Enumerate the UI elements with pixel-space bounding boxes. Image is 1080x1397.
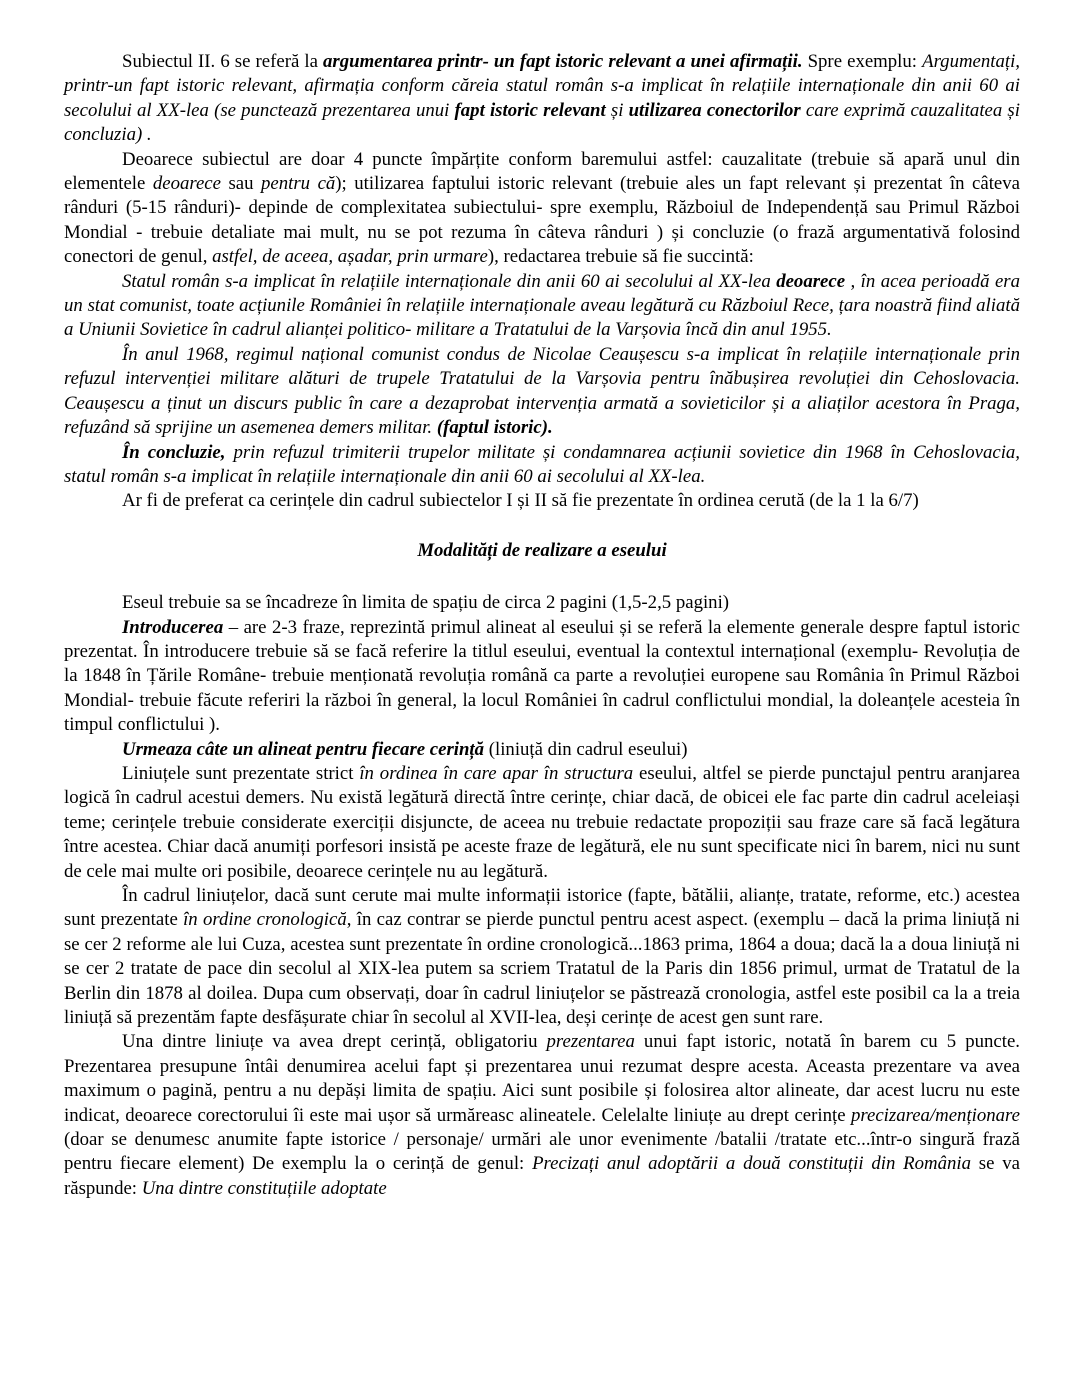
para-exemplu-1968: În anul 1968, regimul național comunist … bbox=[64, 343, 1020, 441]
para-deoarece-subiectul: Deoarece subiectul are doar 4 puncte împ… bbox=[64, 148, 1020, 270]
text-run: Precizați anul adoptării a două constitu… bbox=[532, 1153, 971, 1174]
text-run: utilizarea conectorilor bbox=[629, 100, 801, 121]
text-run: Urmeaza câte un alineat pentru fiecare c… bbox=[122, 739, 484, 760]
para-liniutele-ordine: Liniuțele sunt prezentate strict în ordi… bbox=[64, 762, 1020, 884]
para-eseul-limita-spatiu: Eseul trebuie sa se încadreze în limita … bbox=[64, 591, 1020, 615]
heading-modalitati: Modalități de realizare a eseului bbox=[64, 539, 1020, 563]
text-run: Una dintre liniuțe va avea drept cerință… bbox=[122, 1031, 547, 1052]
para-exemplu-statul-roman: Statul român s-a implicat în relațiile i… bbox=[64, 270, 1020, 343]
text-run: Statul român s-a implicat în relațiile i… bbox=[122, 271, 776, 292]
text-run: Eseul trebuie sa se încadreze în limita … bbox=[122, 592, 729, 613]
para-ar-fi-de-preferat: Ar fi de preferat ca cerințele din cadru… bbox=[64, 489, 1020, 513]
text-run: deoarece bbox=[153, 173, 221, 194]
para-ordine-cronologica: În cadrul liniuțelor, dacă sunt cerute m… bbox=[64, 884, 1020, 1030]
text-run: Ar fi de preferat ca cerințele din cadru… bbox=[122, 490, 919, 511]
text-run: și bbox=[606, 100, 629, 121]
text-run: În concluzie, bbox=[122, 442, 225, 463]
para-subiectul-ii6: Subiectul II. 6 se referă la argumentare… bbox=[64, 50, 1020, 148]
text-run: (liniuță din cadrul eseului) bbox=[484, 739, 687, 760]
text-run: în ordine cronologică bbox=[183, 909, 347, 930]
text-run: precizarea/menționare bbox=[851, 1105, 1020, 1126]
document-body: Subiectul II. 6 se referă la argumentare… bbox=[64, 50, 1020, 1201]
text-run: astfel, de aceea, așadar, prin urmare bbox=[212, 246, 488, 267]
text-run: în ordinea în care apar în structura bbox=[359, 763, 633, 784]
para-in-concluzie: În concluzie, prin refuzul trimiterii tr… bbox=[64, 441, 1020, 490]
text-run: ), redactarea trebuie să fie succintă: bbox=[488, 246, 754, 267]
text-run: (faptul istoric). bbox=[437, 417, 553, 438]
text-run: Liniuțele sunt prezentate strict bbox=[122, 763, 359, 784]
text-run: pentru că bbox=[261, 173, 335, 194]
text-run: Una dintre constituțiile adoptate bbox=[142, 1178, 387, 1199]
text-run: argumentarea printr- un fapt istoric rel… bbox=[323, 51, 802, 72]
text-run: Introducerea bbox=[122, 617, 223, 638]
text-run: Modalități de realizare a eseului bbox=[417, 540, 666, 561]
text-run: Spre exemplu: bbox=[803, 51, 923, 72]
text-run: sau bbox=[221, 173, 261, 194]
text-run: fapt istoric relevant bbox=[455, 100, 606, 121]
text-run: deoarece bbox=[776, 271, 845, 292]
document-page: Subiectul II. 6 se referă la argumentare… bbox=[0, 0, 1080, 1397]
text-run: Subiectul II. 6 se referă la bbox=[122, 51, 323, 72]
para-introducerea: Introducerea – are 2-3 fraze, reprezintă… bbox=[64, 616, 1020, 738]
para-prezentarea-fapt: Una dintre liniuțe va avea drept cerință… bbox=[64, 1030, 1020, 1201]
text-run: prezentarea bbox=[547, 1031, 635, 1052]
para-urmeaza-alineat: Urmeaza câte un alineat pentru fiecare c… bbox=[64, 738, 1020, 762]
